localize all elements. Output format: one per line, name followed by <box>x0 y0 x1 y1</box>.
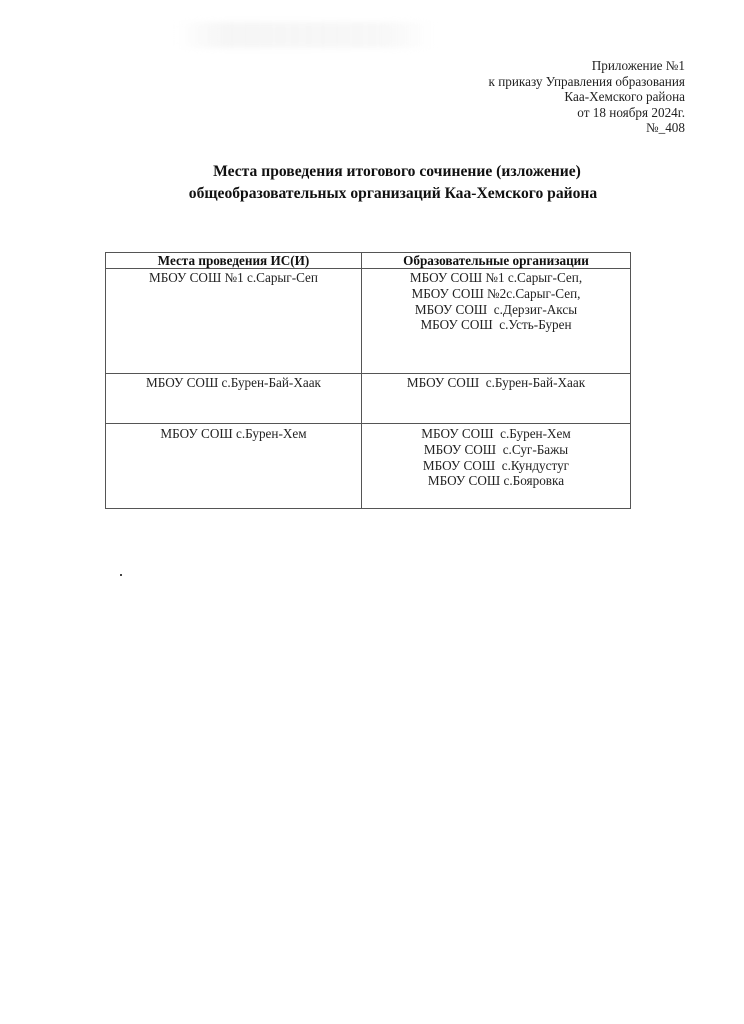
organization-item: МБОУ СОШ с.Дерзиг-Аксы <box>366 302 626 318</box>
organization-item: МБОУ СОШ с.Усть-Бурен <box>366 317 626 333</box>
appendix-line: Приложение №1 <box>488 58 685 74</box>
appendix-line: №_408 <box>488 120 685 136</box>
venues-table: Места проведения ИС(И) Образовательные о… <box>105 252 631 509</box>
table-header-row: Места проведения ИС(И) Образовательные о… <box>106 253 631 269</box>
title-line-2: общеобразовательных организаций Каа-Хемс… <box>0 183 744 205</box>
table-row: МБОУ СОШ с.Бурен-Хем МБОУ СОШ с.Бурен-Хе… <box>106 424 631 509</box>
venue-cell: МБОУ СОШ №1 с.Сарыг-Сеп <box>106 269 362 374</box>
organization-item: МБОУ СОШ №1 с.Сарыг-Сеп, <box>366 270 626 286</box>
organization-item: МБОУ СОШ с.Бояровка <box>366 473 626 489</box>
organizations-cell: МБОУ СОШ №1 с.Сарыг-Сеп, МБОУ СОШ №2с.Са… <box>362 269 631 374</box>
document-title: Места проведения итогового сочинение (из… <box>0 161 744 205</box>
venue-cell: МБОУ СОШ с.Бурен-Бай-Хаак <box>106 374 362 424</box>
appendix-line: к приказу Управления образования <box>488 74 685 90</box>
scan-speck <box>120 574 122 576</box>
organization-item: МБОУ СОШ с.Бурен-Бай-Хаак <box>366 375 626 391</box>
appendix-line: Каа-Хемского района <box>488 89 685 105</box>
organization-item: МБОУ СОШ с.Суг-Бажы <box>366 442 626 458</box>
organization-item: МБОУ СОШ с.Кундустуг <box>366 458 626 474</box>
appendix-line: от 18 ноября 2024г. <box>488 105 685 121</box>
venue-cell: МБОУ СОШ с.Бурен-Хем <box>106 424 362 509</box>
table-row: МБОУ СОШ с.Бурен-Бай-Хаак МБОУ СОШ с.Бур… <box>106 374 631 424</box>
column-header-venue: Места проведения ИС(И) <box>106 253 362 269</box>
title-line-1: Места проведения итогового сочинение (из… <box>0 161 744 183</box>
organization-item: МБОУ СОШ с.Бурен-Хем <box>366 426 626 442</box>
organizations-cell: МБОУ СОШ с.Бурен-Хем МБОУ СОШ с.Суг-Бажы… <box>362 424 631 509</box>
table-row: МБОУ СОШ №1 с.Сарыг-Сеп МБОУ СОШ №1 с.Са… <box>106 269 631 374</box>
column-header-organizations: Образовательные организации <box>362 253 631 269</box>
organization-item: МБОУ СОШ №2с.Сарыг-Сеп, <box>366 286 626 302</box>
appendix-header: Приложение №1 к приказу Управления образ… <box>488 58 685 136</box>
scan-artifact <box>175 22 435 48</box>
organizations-cell: МБОУ СОШ с.Бурен-Бай-Хаак <box>362 374 631 424</box>
